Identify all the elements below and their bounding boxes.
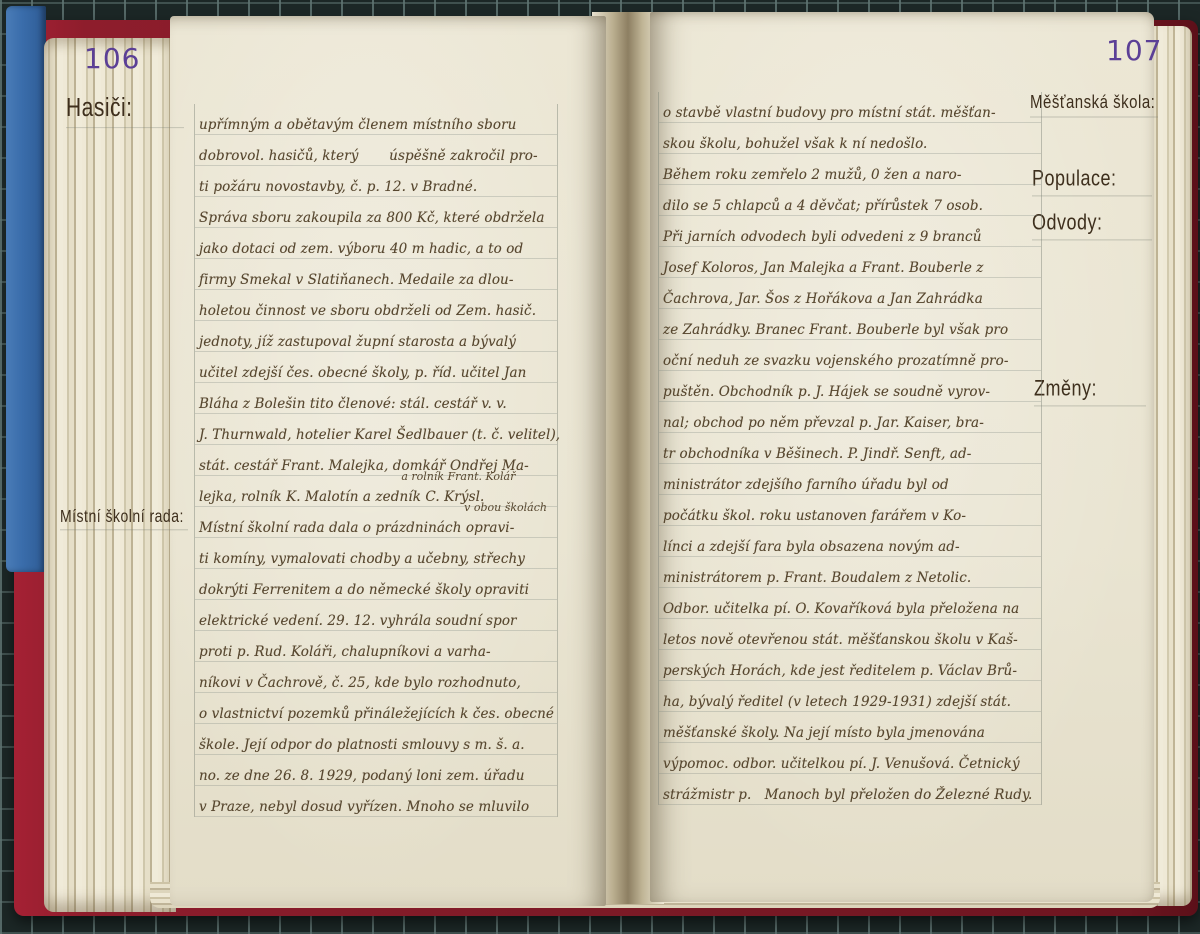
handwritten-line: Josef Koloros, Jan Malejka a Frant. Boub… [659,247,1041,278]
handwritten-line: dobrovol. hasičů, který úspěšně zakročil… [195,135,557,166]
handwritten-line: Správa sboru zakoupila za 800 Kč, které … [195,197,557,228]
margin-label-mistni-skolni-rada: Místní školní rada: [60,506,188,530]
handwritten-line: níkovi v Čachrově, č. 25, kde bylo rozho… [195,662,557,693]
handwritten-line: jako dotaci od zem. výboru 40 m hadic, a… [195,228,557,259]
handwritten-line: dokrýti Ferrenitem a do německé školy op… [195,569,557,600]
margin-label-odvody: Odvody: [1032,210,1152,241]
handwritten-line: proti p. Rud. Koláři, chalupníkovi a var… [195,631,557,662]
page-number-right: 107 [1106,34,1162,67]
handwritten-line: dilo se 5 chlapců a 4 děvčat; přírůstek … [659,185,1041,216]
margin-label-zmeny: Změny: [1034,376,1146,407]
handwritten-line: skou školu, bohužel však k ní nedošlo. [659,123,1041,154]
handwritten-line: jednoty, jíž zastupoval župní starosta a… [195,321,557,352]
handwritten-line: línci a zdejší fara byla obsazena novým … [659,526,1041,557]
right-page-text-block: o stavbě vlastní budovy pro místní stát.… [658,92,1042,805]
handwritten-line: ministrátorem p. Frant. Boudalem z Netol… [659,557,1041,588]
left-page-text-block: a rolník Frant. Kolář v obou školách upř… [194,104,558,817]
handwritten-line: strážmistr p. Manoch byl přeložen do Žel… [659,774,1041,805]
handwritten-line: firmy Smekal v Slatiňanech. Medaile za d… [195,259,557,290]
handwritten-line: letos nově otevřenou stát. měšťanskou šk… [659,619,1041,650]
handwritten-line: no. ze dne 26. 8. 1929, podaný loni zem.… [195,755,557,786]
handwritten-line: holetou činnost ve sboru obdrželi od Zem… [195,290,557,321]
handwritten-line: elektrické vedení. 29. 12. vyhrála soudn… [195,600,557,631]
book-spine [6,6,46,572]
handwritten-line: perských Horách, kde jest ředitelem p. V… [659,650,1041,681]
handwritten-line: Bláha z Bolešin tito členové: stál. cest… [195,383,557,414]
handwritten-line: škole. Její odpor do platnosti smlouvy s… [195,724,557,755]
handwritten-line: ha, bývalý ředitel (v letech 1929-1931) … [659,681,1041,712]
margin-label-hasici: Hasiči: [66,94,184,128]
interline-insertion: a rolník Frant. Kolář [401,470,515,483]
interline-insertion: v obou školách [464,501,547,514]
handwritten-line: ti komíny, vymalovati chodby a učebny, s… [195,538,557,569]
handwritten-line: v Praze, nebyl dosud vyřízen. Mnoho se m… [195,786,557,817]
handwritten-line: puštěn. Obchodník p. J. Hájek se soudně … [659,371,1041,402]
handwritten-line: nal; obchod po něm převzal p. Jar. Kaise… [659,402,1041,433]
margin-label-populace: Populace: [1032,166,1152,197]
handwritten-line: ze Zahrádky. Branec Frant. Bouberle byl … [659,309,1041,340]
handwritten-line: počátku škol. roku ustanoven farářem v K… [659,495,1041,526]
margin-label-mestanska-skola: Měšťanská škola: [1030,92,1158,118]
page-edges-left [44,38,176,912]
handwritten-line: J. Thurnwald, hotelier Karel Šedlbauer (… [195,414,557,445]
handwritten-line: učitel zdejší čes. obecné školy, p. říd.… [195,352,557,383]
handwritten-line: o vlastnictví pozemků přináležejících k … [195,693,557,724]
handwritten-line: ministrátor zdejšího farního úřadu byl o… [659,464,1041,495]
handwritten-line: Odbor. učitelka pí. O. Kovaříková byla p… [659,588,1041,619]
handwritten-line: upřímným a obětavým členem místního sbor… [195,104,557,135]
handwritten-line: Při jarních odvodech byli odvedeni z 9 b… [659,216,1041,247]
page-number-left: 106 [84,42,140,75]
handwritten-line: výpomoc. odbor. učitelkou pí. J. Venušov… [659,743,1041,774]
handwritten-line: měšťanské školy. Na její místo byla jmen… [659,712,1041,743]
handwritten-line: o stavbě vlastní budovy pro místní stát.… [659,92,1041,123]
handwritten-line: Během roku zemřelo 2 mužů, 0 žen a naro- [659,154,1041,185]
handwritten-line: ti požáru novostavby, č. p. 12. v Bradné… [195,166,557,197]
handwritten-line: Čachrova, Jar. Šos z Hořákova a Jan Zahr… [659,278,1041,309]
handwritten-line: oční neduh ze svazku vojenského prozatím… [659,340,1041,371]
handwritten-line: tr obchodníka v Běšinech. P. Jindř. Senf… [659,433,1041,464]
